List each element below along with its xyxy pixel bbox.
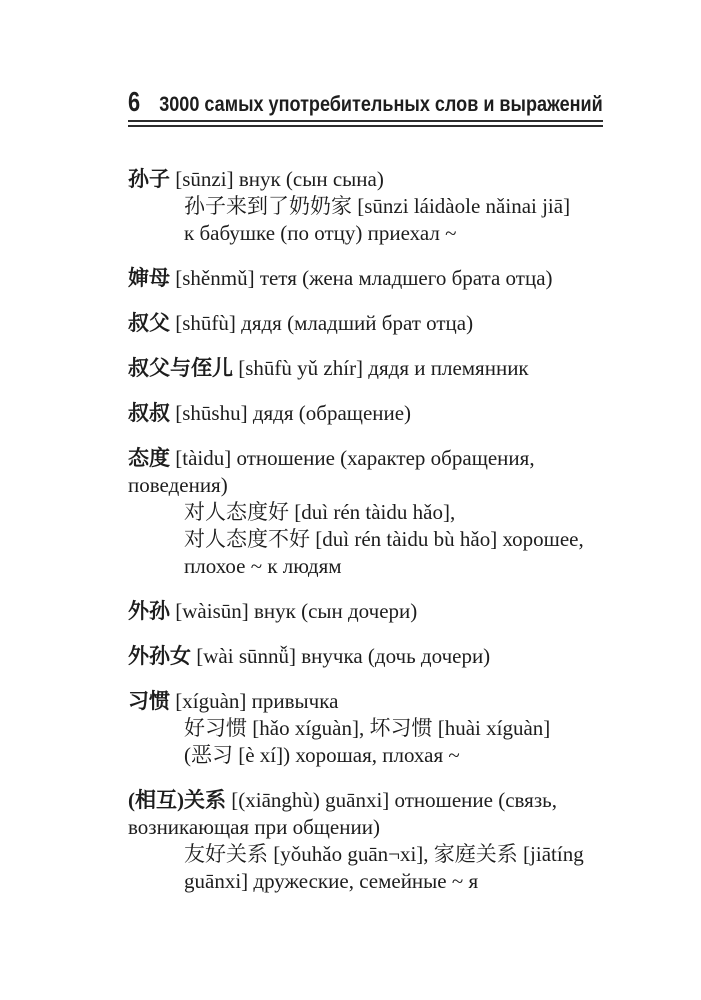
entry-text: (恶习 [è xí]) хорошая, плохая ~	[184, 743, 460, 767]
entry-line: 好习惯 [hǎo xíguàn], 坏习惯 [huài xíguàn]	[128, 715, 610, 742]
headword: 习惯	[128, 689, 170, 713]
entry-text: 对人态度不好 [duì rén tàidu bù hǎo] хорошее,	[184, 527, 584, 551]
entry-line: 外孙女 [wài sūnnǚ] внучка (дочь дочери)	[128, 643, 610, 670]
header-rule	[128, 120, 603, 127]
dictionary-entry: (相互)关系 [(xiānghù) guānxi] отношение (свя…	[128, 787, 610, 895]
dictionary-entry: 叔父与侄儿 [shūfù yǔ zhír] дядя и племянник	[128, 355, 610, 382]
headword: 孙子	[128, 167, 170, 191]
entry-text: [tàidu] отношение (характер обращения,	[170, 446, 535, 470]
entry-line: плохое ~ к людям	[128, 553, 610, 580]
dictionary-entry: 态度 [tàidu] отношение (характер обращения…	[128, 445, 610, 580]
entry-text: [sūnzi] внук (сын сына)	[170, 167, 384, 191]
entry-text: guānxi] дружеские, семейные ~ я	[184, 869, 478, 893]
entry-text: [shūfù] дядя (младший брат отца)	[170, 311, 473, 335]
entry-line: 叔父 [shūfù] дядя (младший брат отца)	[128, 310, 610, 337]
headword: 婶母	[128, 266, 170, 290]
page-number: 6	[128, 88, 140, 116]
entry-text: [shūshu] дядя (обращение)	[170, 401, 411, 425]
headword: 外孙	[128, 599, 170, 623]
headword: 叔父	[128, 311, 170, 335]
entry-text: [wài sūnnǚ] внучка (дочь дочери)	[191, 644, 490, 668]
entry-text: 好习惯 [hǎo xíguàn], 坏习惯 [huài xíguàn]	[184, 716, 550, 740]
entry-text: возникающая при общении)	[128, 815, 380, 839]
headword: 外孙女	[128, 644, 191, 668]
entry-line: 习惯 [xíguàn] привычка	[128, 688, 610, 715]
dictionary-entry: 外孙女 [wài sūnnǚ] внучка (дочь дочери)	[128, 643, 610, 670]
entry-text: [shěnmǔ] тетя (жена младшего брата отца)	[170, 266, 553, 290]
entry-line: (相互)关系 [(xiānghù) guānxi] отношение (свя…	[128, 787, 610, 814]
entry-line: 外孙 [wàisūn] внук (сын дочери)	[128, 598, 610, 625]
dictionary-entry: 叔父 [shūfù] дядя (младший брат отца)	[128, 310, 610, 337]
headword: 叔父与侄儿	[128, 356, 233, 380]
entry-line: 孙子 [sūnzi] внук (сын сына)	[128, 166, 610, 193]
dictionary-entry: 习惯 [xíguàn] привычка好习惯 [hǎo xíguàn], 坏习…	[128, 688, 610, 769]
entry-text: 对人态度好 [duì rén tàidu hǎo],	[184, 500, 455, 524]
entry-text: поведения)	[128, 473, 228, 497]
dictionary-entry: 孙子 [sūnzi] внук (сын сына)孙子来到了奶奶家 [sūnz…	[128, 166, 610, 247]
entry-line: 态度 [tàidu] отношение (характер обращения…	[128, 445, 610, 472]
entry-text: 友好关系 [yǒuhǎo guān¬xi], 家庭关系 [jiātíng	[184, 842, 584, 866]
header-title: 3000 самых употребительных слов и выраже…	[159, 94, 603, 115]
entry-text: 孙子来到了奶奶家 [sūnzi láidàole nǎinai jiā]	[184, 194, 570, 218]
entry-text: [xíguàn] привычка	[170, 689, 338, 713]
headword: 态度	[128, 446, 170, 470]
entry-text: [wàisūn] внук (сын дочери)	[170, 599, 417, 623]
entry-line: 叔叔 [shūshu] дядя (обращение)	[128, 400, 610, 427]
entry-line: 对人态度好 [duì rén tàidu hǎo],	[128, 499, 610, 526]
entry-line: возникающая при общении)	[128, 814, 610, 841]
entry-line: guānxi] дружеские, семейные ~ я	[128, 868, 610, 895]
dictionary-entry: 叔叔 [shūshu] дядя (обращение)	[128, 400, 610, 427]
entry-line: 婶母 [shěnmǔ] тетя (жена младшего брата от…	[128, 265, 610, 292]
page-header: 6 3000 самых употребительных слов и выра…	[128, 88, 603, 120]
entry-text: [(xiānghù) guānxi] отношение (связь,	[226, 788, 557, 812]
entry-text: плохое ~ к людям	[184, 554, 342, 578]
entry-line: 叔父与侄儿 [shūfù yǔ zhír] дядя и племянник	[128, 355, 610, 382]
entry-text: [shūfù yǔ zhír] дядя и племянник	[233, 356, 529, 380]
dictionary-page: 6 3000 самых употребительных слов и выра…	[0, 0, 701, 1000]
headword: (相互)关系	[128, 788, 226, 812]
entry-line: 孙子来到了奶奶家 [sūnzi láidàole nǎinai jiā]	[128, 193, 610, 220]
entry-line: поведения)	[128, 472, 610, 499]
dictionary-entry: 外孙 [wàisūn] внук (сын дочери)	[128, 598, 610, 625]
entries-list: 孙子 [sūnzi] внук (сын сына)孙子来到了奶奶家 [sūnz…	[128, 166, 610, 913]
entry-line: 友好关系 [yǒuhǎo guān¬xi], 家庭关系 [jiātíng	[128, 841, 610, 868]
entry-line: (恶习 [è xí]) хорошая, плохая ~	[128, 742, 610, 769]
entry-line: к бабушке (по отцу) приехал ~	[128, 220, 610, 247]
headword: 叔叔	[128, 401, 170, 425]
entry-line: 对人态度不好 [duì rén tàidu bù hǎo] хорошее,	[128, 526, 610, 553]
dictionary-entry: 婶母 [shěnmǔ] тетя (жена младшего брата от…	[128, 265, 610, 292]
entry-text: к бабушке (по отцу) приехал ~	[184, 221, 456, 245]
